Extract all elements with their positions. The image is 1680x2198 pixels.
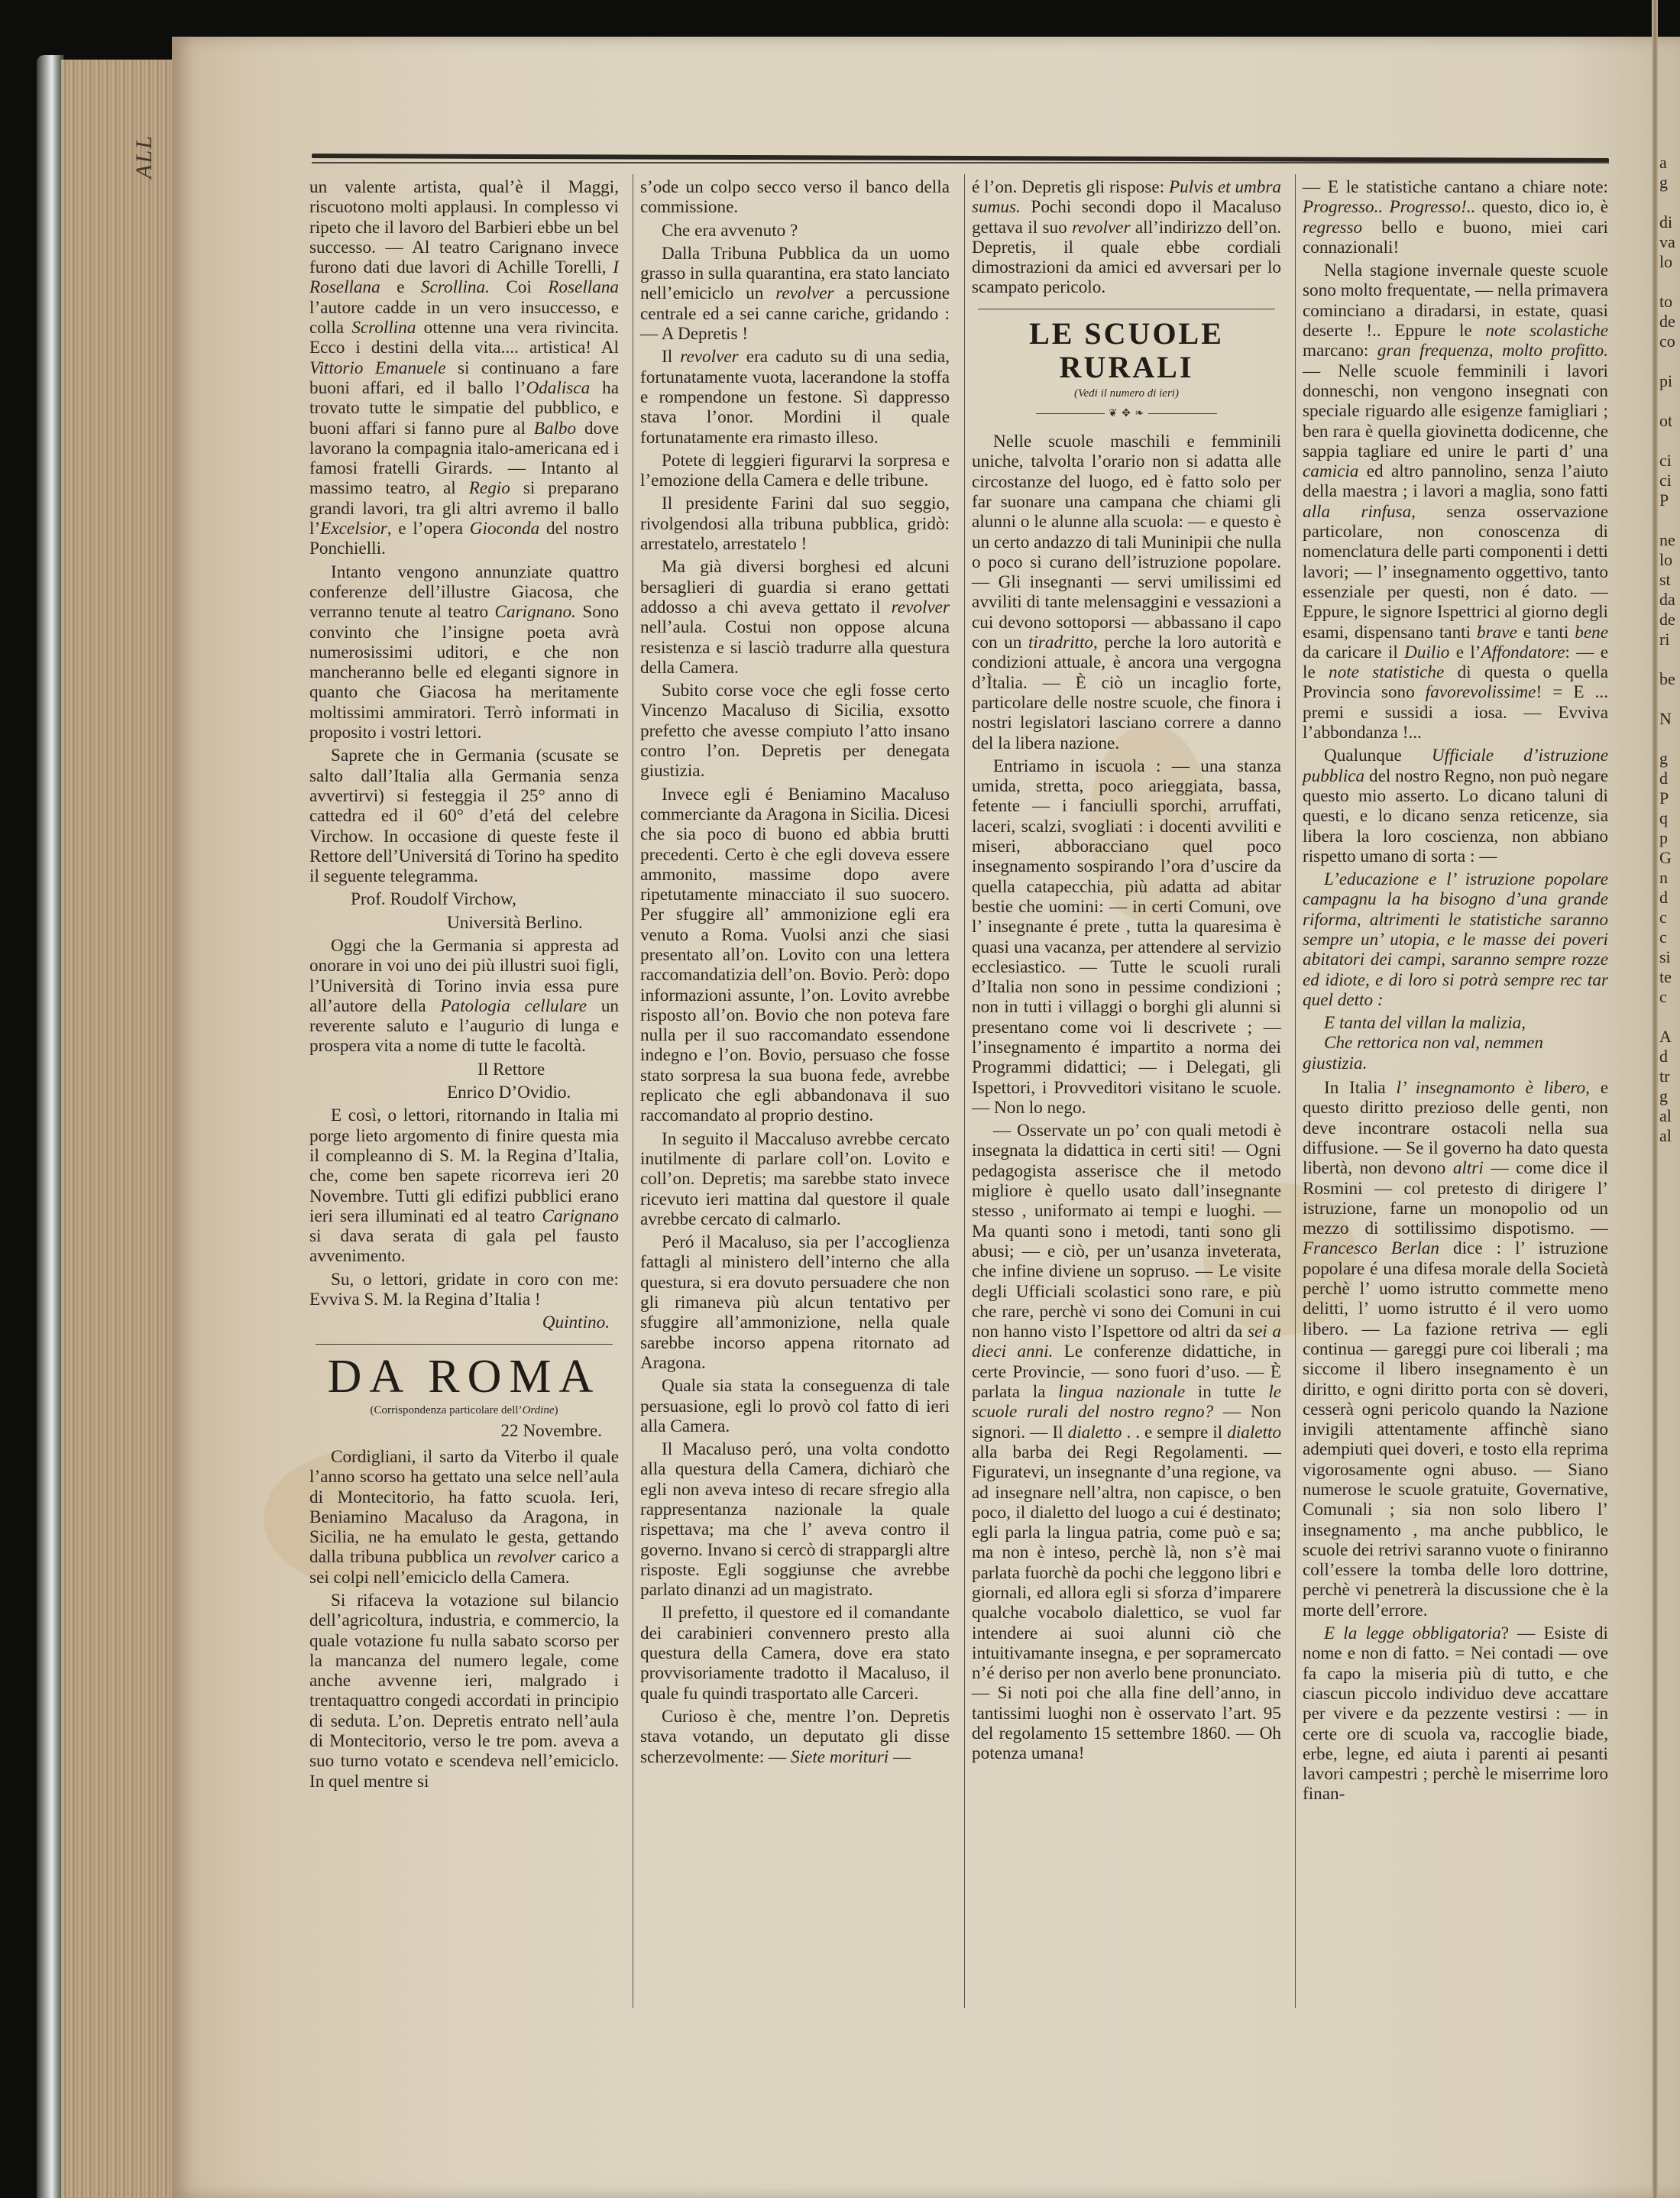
ornament-divider: ❦ ✥ ❧ — [972, 404, 1281, 424]
book-cover-edge — [37, 55, 64, 2198]
column-divider — [633, 174, 633, 2008]
verse-line: Che rettorica non val, nemmen giustizia. — [1303, 1033, 1608, 1073]
section-divider — [978, 309, 1275, 309]
paragraph: Potete di leggieri figurarvi la sorpresa… — [640, 451, 950, 491]
paragraph: — E le statistiche cantano a chiare note… — [1303, 177, 1608, 257]
paragraph: Invece egli é Beniamino Macaluso commerc… — [640, 785, 950, 1126]
column-divider — [964, 174, 965, 2008]
subheading: (Corrispondenza particolare dell’Ordine) — [309, 1403, 619, 1418]
paragraph: Su, o lettori, gridate in coro con me: E… — [309, 1270, 619, 1310]
paragraph: Il presidente Farini dal suo seggio, riv… — [640, 494, 950, 554]
paragraph: Quale sia stata la conseguenza di tale p… — [640, 1376, 950, 1436]
paragraph: In seguito il Maccaluso avrebbe cercato … — [640, 1129, 950, 1229]
verse-line: E tanta del villan la malizia, — [1303, 1013, 1608, 1033]
telegram-address: Università Berlino. — [309, 913, 619, 933]
paragraph: — Osservate un po’ con quali metodi è in… — [972, 1121, 1281, 1764]
dateline: 22 Novembre. — [309, 1421, 619, 1441]
paragraph: Entriamo in iscuola : — una stanza umida… — [972, 756, 1281, 1118]
paragraph: Saprete che in Germania (scusate se salt… — [309, 746, 619, 886]
paragraph: Peró il Macaluso, sia per l’accoglienza … — [640, 1232, 950, 1373]
headline-le-scuole-rurali: LE SCUOLE RURALI — [972, 317, 1281, 384]
paragraph: Qualunque Ufficiale d’istruzione pubblic… — [1303, 746, 1608, 866]
signature-name: Enrico D’Ovidio. — [309, 1083, 619, 1102]
spine-mark: ALL — [131, 134, 157, 179]
paragraph: E la legge obbligatoria? — Esiste di nom… — [1303, 1623, 1608, 1805]
paragraph: Che era avvenuto ? — [640, 221, 950, 241]
next-page-edge-text: a g di va lo to de co pi ot ci ci P ne l… — [1659, 153, 1680, 1986]
author-signature: Quintino. — [309, 1313, 619, 1332]
paragraph: Il revolver era caduto su di una sedia, … — [640, 347, 950, 447]
paragraph: Subito corse voce che egli fosse certo V… — [640, 681, 950, 781]
paragraph: Nelle scuole maschili e femminili uniche… — [972, 432, 1281, 753]
headline-da-roma: DA ROMA — [309, 1352, 619, 1401]
column-divider — [1295, 174, 1296, 2008]
paragraph: s’ode un colpo secco verso il banco dell… — [640, 177, 950, 218]
signature-title: Il Rettore — [309, 1060, 619, 1080]
column-2: s’ode un colpo secco verso il banco dell… — [640, 177, 950, 1770]
paragraph: Dalla Tribuna Pubblica da un uomo grasso… — [640, 244, 950, 344]
paragraph: é l’on. Depretis gli rispose: Pulvis et … — [972, 177, 1281, 298]
telegram-addressee: Prof. Roudolf Virchow, — [309, 889, 619, 909]
subheading: (Vedi il numero di ieri) — [972, 386, 1281, 401]
paragraph: Il prefetto, il questore ed il comandant… — [640, 1603, 950, 1703]
section-divider — [316, 1344, 613, 1345]
paragraph: Ma già diversi borghesi ed alcuni bersag… — [640, 557, 950, 678]
column-3: é l’on. Depretis gli rispose: Pulvis et … — [972, 177, 1281, 1767]
paragraph: Il Macaluso peró, una volta condotto all… — [640, 1439, 950, 1600]
paragraph: Oggi che la Germania si appresta ad onor… — [309, 936, 619, 1057]
page-gutter — [1652, 0, 1658, 2198]
paragraph: Nella stagione invernale queste scuole s… — [1303, 261, 1608, 743]
book-page-stack: ALL — [61, 60, 176, 2198]
paragraph: In Italia l’ insegnamonto è libero, e qu… — [1303, 1078, 1608, 1620]
paragraph: un valente artista, qual’è il Maggi, ris… — [309, 177, 619, 559]
top-rule-thin — [312, 162, 1609, 163]
paragraph: E così, o lettori, ritornando in Italia … — [309, 1105, 619, 1266]
paragraph: L’educazione e l’ istruzione popolare ca… — [1303, 869, 1608, 1010]
paragraph: Si rifaceva la votazione sul bilancio de… — [309, 1591, 619, 1792]
paragraph: Curioso è che, mentre l’on. Depretis sta… — [640, 1707, 950, 1767]
column-1: un valente artista, qual’è il Maggi, ris… — [309, 177, 619, 1795]
paragraph: Intanto vengono annunziate quattro confe… — [309, 562, 619, 743]
column-4: — E le statistiche cantano a chiare note… — [1303, 177, 1608, 1808]
paragraph: Cordigliani, il sarto da Viterbo il qual… — [309, 1447, 619, 1588]
